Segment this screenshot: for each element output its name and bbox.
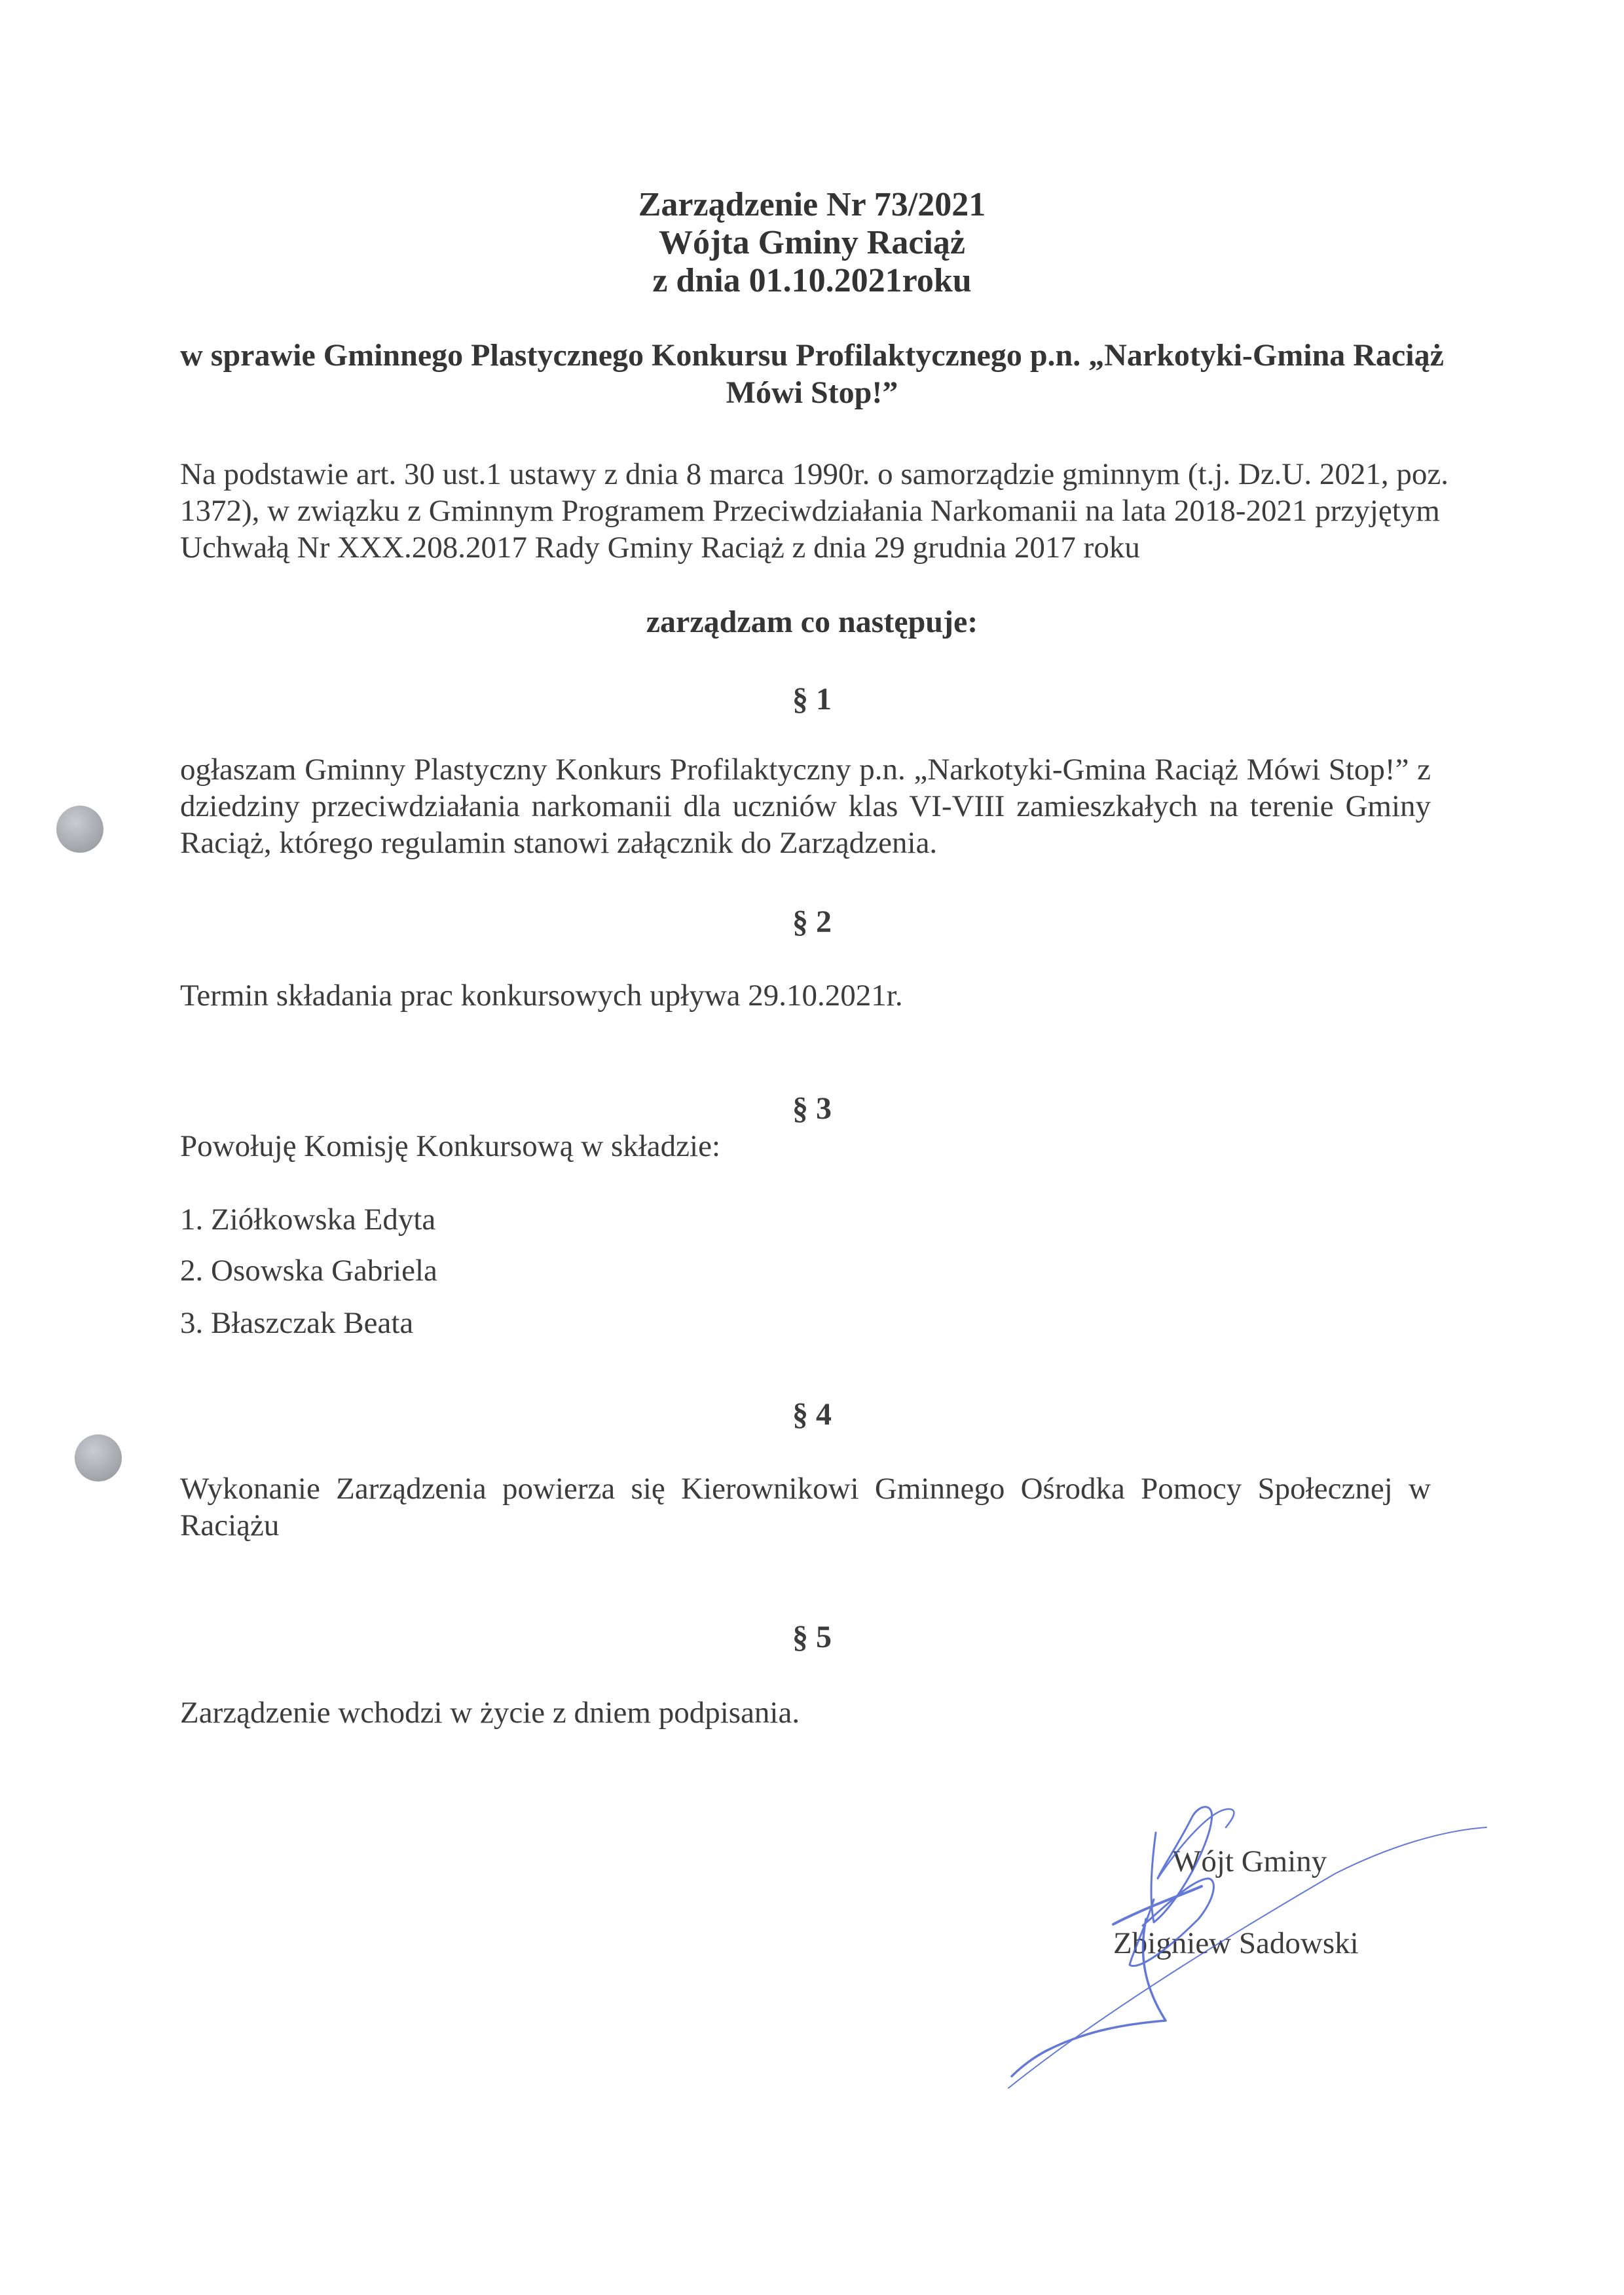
legal-basis-line-3: Uchwałą Nr XXX.208.2017 Rady Gminy Racią… xyxy=(180,529,1431,566)
section-1-line-3: Raciąż, którego regulamin stanowi załącz… xyxy=(180,825,1431,861)
section-3-line-1: Powołuję Komisję Konkursową w składzie: xyxy=(180,1128,1431,1165)
section-2-mark: § 2 xyxy=(0,904,1624,940)
section-1-mark: § 1 xyxy=(0,681,1624,717)
subject-line-2: Mówi Stop!” xyxy=(0,375,1624,411)
section-1-line-1: ogłaszam Gminny Plastyczny Konkurs Profi… xyxy=(180,751,1431,788)
section-4-mark: § 4 xyxy=(0,1396,1624,1432)
punch-hole-bottom xyxy=(75,1434,122,1482)
section-5-line-1: Zarządzenie wchodzi w życie z dniem podp… xyxy=(180,1694,1431,1731)
section-4-line-2: Raciążu xyxy=(180,1507,1431,1544)
committee-member: 3. Błaszczak Beata xyxy=(180,1305,1431,1341)
document-title: Zarządzenie Nr 73/2021 xyxy=(0,186,1624,224)
section-1-line-2: dziedziny przeciwdziałania narkomanii dl… xyxy=(180,788,1431,825)
legal-basis-line-1: Na podstawie art. 30 ust.1 ustawy z dnia… xyxy=(180,456,1431,493)
decree-phrase: zarządzam co następuje: xyxy=(0,604,1624,640)
section-5-mark: § 5 xyxy=(0,1619,1624,1655)
document-date: z dnia 01.10.2021roku xyxy=(0,262,1624,300)
legal-basis-line-2: 1372), w związku z Gminnym Programem Prz… xyxy=(180,493,1431,529)
punch-hole-top xyxy=(56,806,103,853)
subject-line-1: w sprawie Gminnego Plastycznego Konkursu… xyxy=(0,337,1624,373)
handwritten-signature xyxy=(982,1768,1506,2129)
section-3-mark: § 3 xyxy=(0,1091,1624,1127)
section-2-line-1: Termin składania prac konkursowych upływ… xyxy=(180,977,1431,1014)
document-issuer: Wójta Gminy Raciąż xyxy=(0,224,1624,262)
section-4-line-1: Wykonanie Zarządzenia powierza się Kiero… xyxy=(180,1470,1431,1507)
committee-member: 2. Osowska Gabriela xyxy=(180,1252,1431,1289)
committee-member: 1. Ziółkowska Edyta xyxy=(180,1201,1431,1238)
